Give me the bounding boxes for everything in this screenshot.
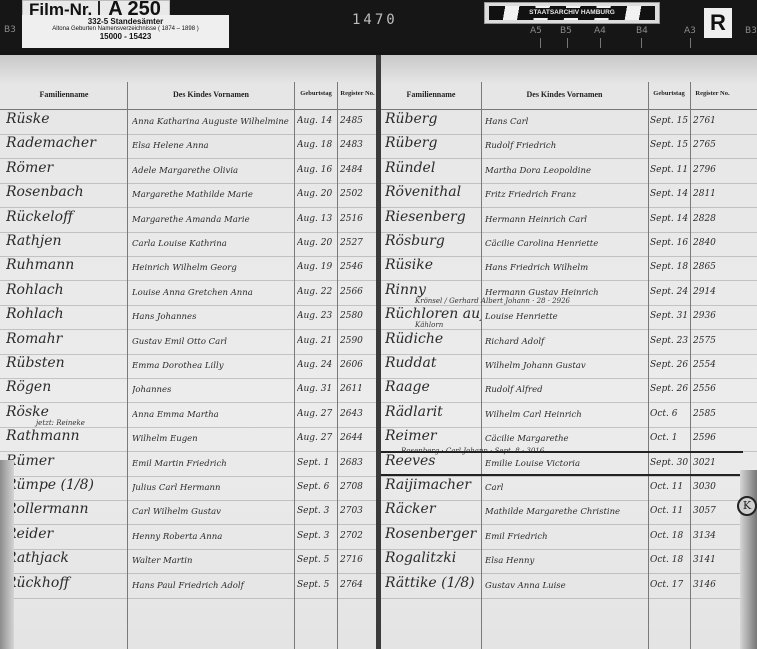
surname-cell: Rüsike xyxy=(385,257,481,273)
register-no-cell: 2764 xyxy=(340,580,377,590)
margin-mark: K xyxy=(737,496,757,516)
birth-date-cell: Aug. 18 xyxy=(297,140,337,150)
given-names-cell: Henny Roberta Anna xyxy=(132,532,292,542)
given-names-cell: Wilhelm Johann Gustav xyxy=(485,361,647,371)
birth-date-cell: Oct. 17 xyxy=(650,580,690,590)
given-names-cell: Carla Louise Kathrina xyxy=(132,239,292,249)
register-no-cell: 2611 xyxy=(340,384,377,394)
register-no-cell: 2643 xyxy=(340,409,377,419)
right-register-page: Familienname Des Kindes Vornamen Geburts… xyxy=(381,55,757,649)
birth-date-cell: Sept. 30 xyxy=(650,458,690,468)
register-no-cell: 3057 xyxy=(693,506,735,516)
given-names-cell: Louise Anna Gretchen Anna xyxy=(132,288,292,298)
scale-marker: B5 xyxy=(560,26,572,36)
scale-marker: A5 xyxy=(530,26,542,36)
register-no-cell: 2483 xyxy=(340,140,377,150)
birth-date-cell: Oct. 18 xyxy=(650,531,690,541)
birth-date-cell: Aug. 24 xyxy=(297,360,337,370)
surname-cell: Räcker xyxy=(385,501,481,517)
surname-cell: Rohlach xyxy=(6,306,126,322)
register-entry: RosenbergerEmil FriedrichOct. 183134 xyxy=(381,525,757,550)
given-names-cell: Anna Emma Martha xyxy=(132,410,292,420)
surname-cell: Rollermann xyxy=(6,501,126,517)
birth-date-cell: Sept. 14 xyxy=(650,189,690,199)
birth-date-cell: Sept. 31 xyxy=(650,311,690,321)
archive-name: STAATSARCHIV HAMBURG xyxy=(529,8,615,18)
col-header-birth-date: Geburtstag xyxy=(648,90,690,97)
microfilm-header-strip: Film-Nr. A 250 332-5 Standesämter Altona… xyxy=(0,0,757,52)
surname-cell: Rogalitzki xyxy=(385,550,481,566)
register-entry: RündelMartha Dora LeopoldineSept. 112796 xyxy=(381,159,757,184)
given-names-cell: Rudolf Alfred xyxy=(485,385,647,395)
register-no-cell: 2716 xyxy=(340,555,377,565)
given-names-cell: Emilie Louise Victoria xyxy=(485,459,647,469)
register-no-cell: 2765 xyxy=(693,140,735,150)
birth-date-cell: Sept. 23 xyxy=(650,336,690,346)
register-entry: RückeloffMargarethe Amanda MarieAug. 132… xyxy=(0,208,377,233)
given-names-cell: Johannes xyxy=(132,385,292,395)
surname-cell: Rüchloren auf xyxy=(385,306,481,322)
birth-date-cell: Sept. 26 xyxy=(650,384,690,394)
given-names-cell: Heinrich Wilhelm Georg xyxy=(132,263,292,273)
register-no-cell: 3146 xyxy=(693,580,735,590)
register-no-cell: 2865 xyxy=(693,262,735,272)
register-no-cell: 2527 xyxy=(340,238,377,248)
birth-date-cell: Aug. 20 xyxy=(297,189,337,199)
col-header-register-no: Register No. xyxy=(338,90,377,97)
surname-cell: Raijimacher xyxy=(385,477,481,493)
surname-cell: Rüberg xyxy=(385,111,481,127)
register-entry: RübergRudolf FriedrichSept. 152765 xyxy=(381,134,757,159)
register-entry: RomahrGustav Emil Otto CarlAug. 212590 xyxy=(0,330,377,355)
birth-date-cell: Aug. 27 xyxy=(297,409,337,419)
given-names-cell: Martha Dora Leopoldine xyxy=(485,166,647,176)
register-no-cell: 2502 xyxy=(340,189,377,199)
register-entry: ReevesEmilie Louise VictoriaSept. 303021… xyxy=(381,452,757,477)
register-entry: RosenbachMargarethe Mathilde MarieAug. 2… xyxy=(0,183,377,208)
given-names-cell: Gustav Anna Luise xyxy=(485,581,647,591)
surname-cell: Rinny xyxy=(385,282,481,298)
left-register-table: Familienname Des Kindes Vornamen Geburts… xyxy=(0,82,377,649)
table-header: Familienname Des Kindes Vornamen Geburts… xyxy=(0,82,377,110)
surname-cell: Ruhmann xyxy=(6,257,126,273)
birth-date-cell: Sept. 24 xyxy=(650,287,690,297)
register-entry: RädlaritWilhelm Carl HeinrichOct. 62585 xyxy=(381,403,757,428)
page-edge-shadow xyxy=(0,460,14,649)
register-entry: RathjackWalter MartinSept. 52716 xyxy=(0,549,377,574)
register-no-cell: 2556 xyxy=(693,384,735,394)
given-names-cell: Rudolf Friedrich xyxy=(485,141,647,151)
birth-date-cell: Aug. 31 xyxy=(297,384,337,394)
table-header: Familienname Des Kindes Vornamen Geburts… xyxy=(381,82,757,110)
surname-cell: Reider xyxy=(6,526,126,542)
surname-cell: Rosenbach xyxy=(6,184,126,200)
birth-date-cell: Sept. 15 xyxy=(650,116,690,126)
register-no-cell: 2840 xyxy=(693,238,735,248)
register-entry: Rüchloren aufLouise HenrietteSept. 31293… xyxy=(381,305,757,330)
surname-cell: Rosenberger xyxy=(385,526,481,542)
register-entry: RüsikeHans Friedrich WilhelmSept. 182865 xyxy=(381,256,757,281)
surname-cell: Romahr xyxy=(6,331,126,347)
scale-marker: B4 xyxy=(636,26,648,36)
surname-cell: Rathjen xyxy=(6,233,126,249)
given-names-cell: Hermann Heinrich Carl xyxy=(485,215,647,225)
birth-date-cell: Oct. 11 xyxy=(650,482,690,492)
register-no-cell: 2702 xyxy=(340,531,377,541)
surname-cell: Riesenberg xyxy=(385,209,481,225)
given-names-cell: Richard Adolf xyxy=(485,337,647,347)
register-no-cell: 3134 xyxy=(693,531,735,541)
scale-marker: B3 xyxy=(745,26,757,36)
birth-date-cell: Sept. 18 xyxy=(650,262,690,272)
surname-cell: Rüske xyxy=(6,111,126,127)
register-entry: RüdicheRichard AdolfSept. 232575 xyxy=(381,330,757,355)
register-entry: RaijimacherCarlOct. 113030 xyxy=(381,476,757,501)
surname-cell: Ründel xyxy=(385,160,481,176)
surname-cell: Ruddat xyxy=(385,355,481,371)
given-names-cell: Cäcilie Margarethe xyxy=(485,434,647,444)
surname-cell: Röske xyxy=(6,404,126,420)
register-entry: RiesenbergHermann Heinrich CarlSept. 142… xyxy=(381,208,757,233)
register-entry: RuhmannHeinrich Wilhelm GeorgAug. 192546 xyxy=(0,256,377,281)
register-entry: RögenJohannesAug. 312611 xyxy=(0,378,377,403)
archive-badge: STAATSARCHIV HAMBURG xyxy=(484,2,660,24)
register-no-cell: 2936 xyxy=(693,311,735,321)
register-no-cell: 2575 xyxy=(693,336,735,346)
birth-date-cell: Sept. 6 xyxy=(297,482,337,492)
birth-date-cell: Aug. 21 xyxy=(297,336,337,346)
given-names-cell: Hans Paul Friedrich Adolf xyxy=(132,581,292,591)
left-register-page: Familienname Des Kindes Vornamen Geburts… xyxy=(0,55,377,649)
given-names-cell: Elsa Helene Anna xyxy=(132,141,292,151)
given-names-cell: Adele Margarethe Olivia xyxy=(132,166,292,176)
birth-date-cell: Oct. 6 xyxy=(650,409,690,419)
orientation-mark: R xyxy=(704,8,732,38)
birth-date-cell: Aug. 19 xyxy=(297,262,337,272)
register-entry: RübstenEmma Dorothea LillyAug. 242606 xyxy=(0,354,377,379)
register-entry: ReiderHenny Roberta AnnaSept. 32702 xyxy=(0,525,377,550)
register-no-cell: 3030 xyxy=(693,482,735,492)
col-header-given-names: Des Kindes Vornamen xyxy=(128,90,294,99)
annotation-note: jetzt: Reineke xyxy=(36,419,85,427)
register-no-cell: 2596 xyxy=(693,433,735,443)
register-no-cell: 2703 xyxy=(340,506,377,516)
given-names-cell: Emma Dorothea Lilly xyxy=(132,361,292,371)
surname-cell: Rathmann xyxy=(6,428,126,444)
register-entry: Rümpe (1/8)Julius Carl HermannSept. 6270… xyxy=(0,476,377,501)
surname-cell: Rövenithal xyxy=(385,184,481,200)
catalog-card: 332-5 Standesämter Altona Geburten Namen… xyxy=(22,15,229,48)
given-names-cell: Gustav Emil Otto Carl xyxy=(132,337,292,347)
birth-date-cell: Sept. 5 xyxy=(297,555,337,565)
given-names-cell: Wilhelm Eugen xyxy=(132,434,292,444)
surname-cell: Rohlach xyxy=(6,282,126,298)
surname-cell: Rückeloff xyxy=(6,209,126,225)
right-register-table: Familienname Des Kindes Vornamen Geburts… xyxy=(381,82,757,649)
surname-cell: Rübsten xyxy=(6,355,126,371)
register-no-cell: 2708 xyxy=(340,482,377,492)
surname-cell: Rümpe (1/8) xyxy=(6,477,126,493)
register-no-cell: 2554 xyxy=(693,360,735,370)
col-header-surname: Familienname xyxy=(0,90,128,99)
frame-number: 1470 xyxy=(352,12,398,28)
surname-cell: Rädlarit xyxy=(385,404,481,420)
register-entry: RösburgCäcilie Carolina HenrietteSept. 1… xyxy=(381,232,757,257)
birth-date-cell: Aug. 16 xyxy=(297,165,337,175)
given-names-cell: Margarethe Amanda Marie xyxy=(132,215,292,225)
register-entry: RathmannWilhelm EugenAug. 272644 xyxy=(0,427,377,452)
register-entry: RöskeAnna Emma MarthaAug. 272643jetzt: R… xyxy=(0,403,377,428)
catalog-card-line3: 15000 - 15423 xyxy=(22,32,229,41)
register-no-cell: 2484 xyxy=(340,165,377,175)
given-names-cell: Walter Martin xyxy=(132,556,292,566)
register-entry: RohlachLouise Anna Gretchen AnnaAug. 222… xyxy=(0,281,377,306)
birth-date-cell: Sept. 3 xyxy=(297,506,337,516)
surname-cell: Rathjack xyxy=(6,550,126,566)
register-no-cell: 2585 xyxy=(693,409,735,419)
surname-cell: Reimer xyxy=(385,428,481,444)
given-names-cell: Louise Henriette xyxy=(485,312,647,322)
register-entry: RuddatWilhelm Johann GustavSept. 262554 xyxy=(381,354,757,379)
register-entry: RohlachHans JohannesAug. 232580 xyxy=(0,305,377,330)
birth-date-cell: Oct. 11 xyxy=(650,506,690,516)
surname-cell: Römer xyxy=(6,160,126,176)
surname-cell: Rögen xyxy=(6,379,126,395)
surname-cell: Raage xyxy=(385,379,481,395)
register-entry: RövenithalFritz Friedrich FranzSept. 142… xyxy=(381,183,757,208)
birth-date-cell: Sept. 26 xyxy=(650,360,690,370)
birth-date-cell: Sept. 16 xyxy=(650,238,690,248)
register-no-cell: 2566 xyxy=(340,287,377,297)
given-names-cell: Carl Wilhelm Gustav xyxy=(132,507,292,517)
given-names-cell: Carl xyxy=(485,483,647,493)
register-entry: RinnyHermann Gustav HeinrichSept. 242914… xyxy=(381,281,757,306)
birth-date-cell: Aug. 23 xyxy=(297,311,337,321)
given-names-cell: Hans Johannes xyxy=(132,312,292,322)
birth-date-cell: Sept. 14 xyxy=(650,214,690,224)
col-header-given-names: Des Kindes Vornamen xyxy=(481,90,648,99)
birth-date-cell: Oct. 1 xyxy=(650,433,690,443)
given-names-cell: Elsa Henny xyxy=(485,556,647,566)
register-entry: RückhoffHans Paul Friedrich AdolfSept. 5… xyxy=(0,574,377,599)
given-names-cell: Margarethe Mathilde Marie xyxy=(132,190,292,200)
register-entry: RogalitzkiElsa HennyOct. 183141 xyxy=(381,549,757,574)
register-no-cell: 2811 xyxy=(693,189,735,199)
given-names-cell: Hans Carl xyxy=(485,117,647,127)
register-no-cell: 2546 xyxy=(340,262,377,272)
birth-date-cell: Oct. 18 xyxy=(650,555,690,565)
given-names-cell: Anna Katharina Auguste Wilhelmine xyxy=(132,117,292,127)
register-entry: RollermannCarl Wilhelm GustavSept. 32703 xyxy=(0,500,377,525)
register-entry: RümerEmil Martin FriedrichSept. 12683 xyxy=(0,452,377,477)
register-no-cell: 2580 xyxy=(340,311,377,321)
register-entry: RademacherElsa Helene AnnaAug. 182483 xyxy=(0,134,377,159)
birth-date-cell: Sept. 5 xyxy=(297,580,337,590)
birth-date-cell: Sept. 3 xyxy=(297,531,337,541)
surname-cell: Rüdiche xyxy=(385,331,481,347)
surname-cell: Rättike (1/8) xyxy=(385,575,481,591)
given-names-cell: Cäcilie Carolina Henriette xyxy=(485,239,647,249)
register-entry: RathjenCarla Louise KathrinaAug. 202527 xyxy=(0,232,377,257)
scale-marker: A4 xyxy=(594,26,606,36)
given-names-cell: Mathilde Margarethe Christine xyxy=(485,507,647,517)
given-names-cell: Wilhelm Carl Heinrich xyxy=(485,410,647,420)
birth-date-cell: Aug. 14 xyxy=(297,116,337,126)
col-header-register-no: Register No. xyxy=(690,90,735,97)
register-entry: RömerAdele Margarethe OliviaAug. 162484 xyxy=(0,159,377,184)
register-no-cell: 2485 xyxy=(340,116,377,126)
register-no-cell: 2761 xyxy=(693,116,735,126)
surname-cell: Rüberg xyxy=(385,135,481,151)
given-names-cell: Emil Friedrich xyxy=(485,532,647,542)
register-no-cell: 2796 xyxy=(693,165,735,175)
birth-date-cell: Aug. 27 xyxy=(297,433,337,443)
register-entry: RüskeAnna Katharina Auguste WilhelmineAu… xyxy=(0,110,377,135)
given-names-cell: Julius Carl Hermann xyxy=(132,483,292,493)
register-entry: RaageRudolf AlfredSept. 262556 xyxy=(381,378,757,403)
register-no-cell: 3021 xyxy=(693,458,735,468)
register-no-cell: 2606 xyxy=(340,360,377,370)
birth-date-cell: Sept. 1 xyxy=(297,458,337,468)
register-no-cell: 2683 xyxy=(340,458,377,468)
register-no-cell: 2914 xyxy=(693,287,735,297)
surname-cell: Rümer xyxy=(6,453,126,469)
annotation-note: Krönsel / Gerhard Albert Johann · 28 · 2… xyxy=(415,297,570,305)
strike-line xyxy=(381,451,743,453)
register-entry: Rättike (1/8)Gustav Anna LuiseOct. 17314… xyxy=(381,574,757,599)
given-names-cell: Fritz Friedrich Franz xyxy=(485,190,647,200)
scale-marker: A3 xyxy=(684,26,696,36)
given-names-cell: Hans Friedrich Wilhelm xyxy=(485,263,647,273)
register-no-cell: 3141 xyxy=(693,555,735,565)
col-header-surname: Familienname xyxy=(381,90,481,99)
birth-date-cell: Sept. 11 xyxy=(650,165,690,175)
register-entry: RübergHans CarlSept. 152761 xyxy=(381,110,757,135)
annotation-note: Kählorn xyxy=(415,321,443,329)
register-no-cell: 2590 xyxy=(340,336,377,346)
surname-cell: Reeves xyxy=(385,453,481,469)
birth-date-cell: Aug. 22 xyxy=(297,287,337,297)
birth-date-cell: Aug. 13 xyxy=(297,214,337,224)
register-no-cell: 2828 xyxy=(693,214,735,224)
birth-date-cell: Aug. 20 xyxy=(297,238,337,248)
col-header-birth-date: Geburtstag xyxy=(294,90,338,97)
register-no-cell: 2516 xyxy=(340,214,377,224)
birth-date-cell: Sept. 15 xyxy=(650,140,690,150)
scale-marker: B3 xyxy=(4,25,16,35)
surname-cell: Rösburg xyxy=(385,233,481,249)
register-entry: RäckerMathilde Margarethe ChristineOct. … xyxy=(381,500,757,525)
surname-cell: Rademacher xyxy=(6,135,126,151)
surname-cell: Rückhoff xyxy=(6,575,126,591)
catalog-card-line1: 332-5 Standesämter xyxy=(22,17,229,26)
given-names-cell: Emil Martin Friedrich xyxy=(132,459,292,469)
register-no-cell: 2644 xyxy=(340,433,377,443)
